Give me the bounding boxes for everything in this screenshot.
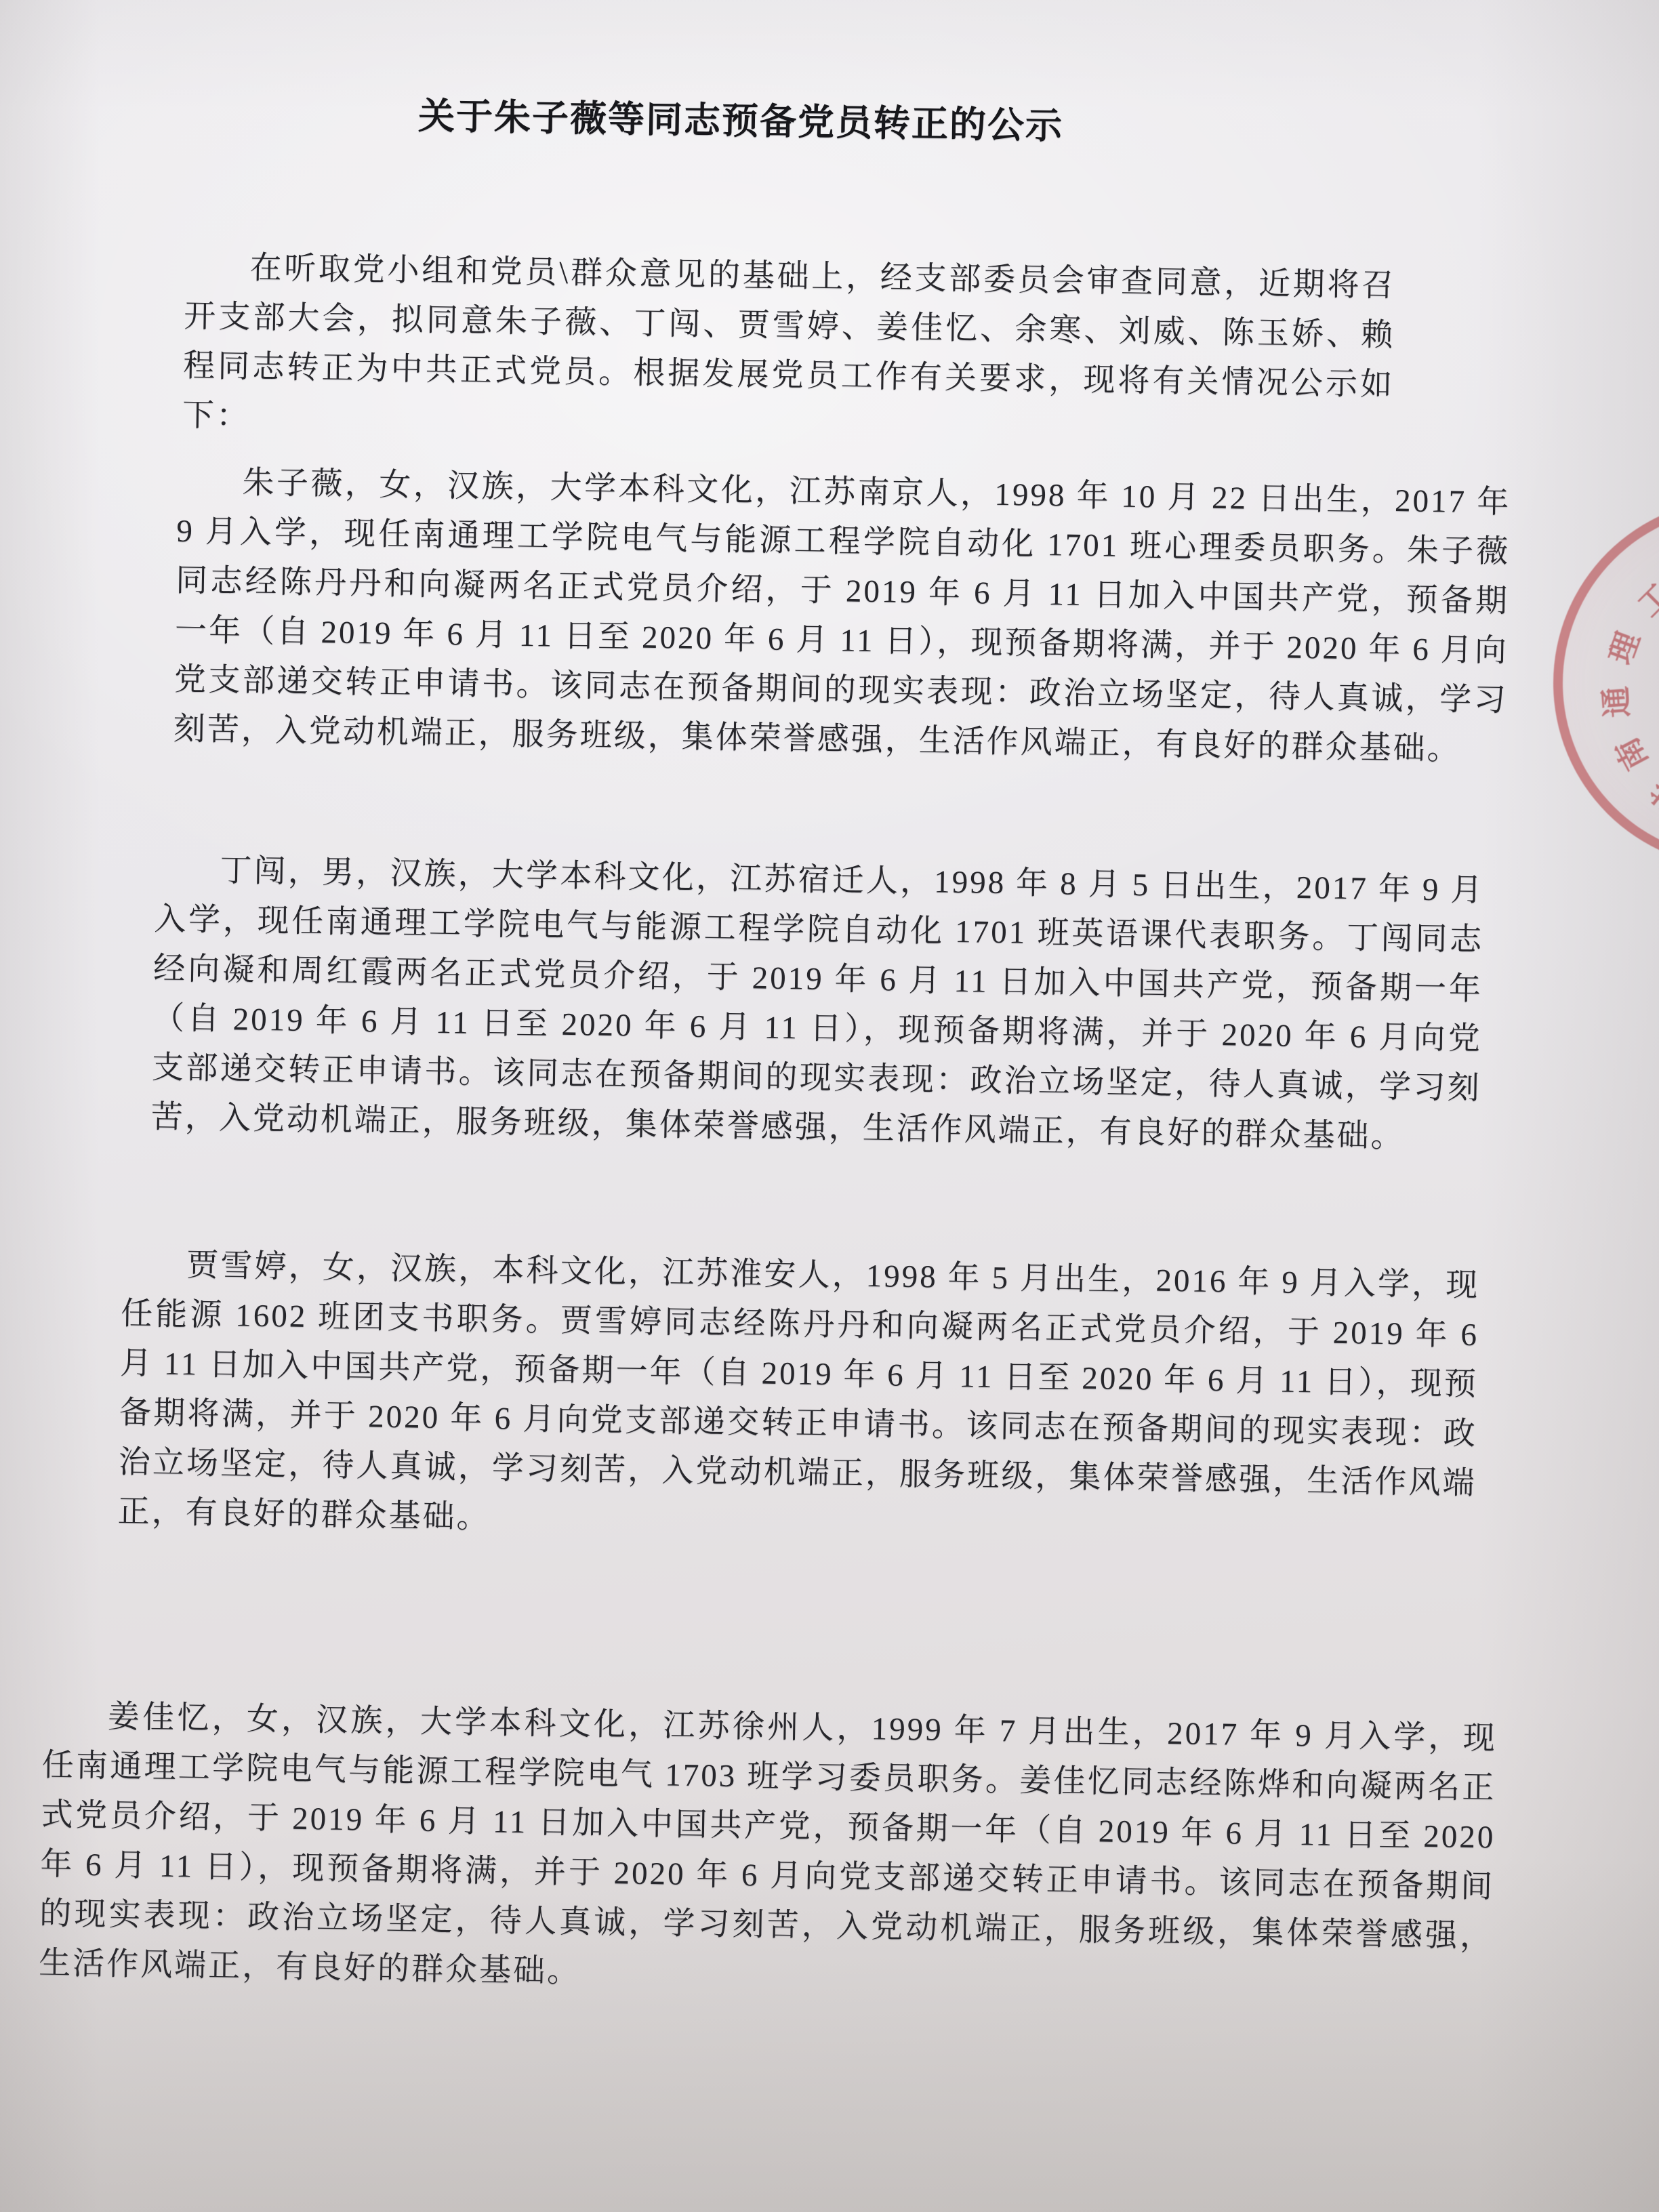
paragraph-member-jiaxueting: 贾雪婷，女，汉族，本科文化，江苏淮安人，1998 年 5 月出生，2016 年 … — [117, 1240, 1480, 1558]
seal-character: 共 — [1639, 770, 1659, 824]
document-photo: 关于朱子薇等同志预备党员转正的公示 在听取党小组和党员\群众意见的基础上，经支部… — [0, 0, 1659, 2212]
paragraph-member-zhuziwei: 朱子薇，女，汉族，大学本科文化，江苏南京人，1998 年 10 月 22 日出生… — [173, 457, 1511, 775]
seal-character: 通 — [1591, 685, 1637, 719]
document-page: 关于朱子薇等同志预备党员转正的公示 在听取党小组和党员\群众意见的基础上，经支部… — [0, 0, 1659, 2013]
paragraph-member-dingchuang: 丁闯，男，汉族，大学本科文化，江苏宿迁人，1998 年 8 月 5 日出生，20… — [150, 845, 1485, 1163]
seal-character: 理 — [1596, 625, 1649, 670]
seal-character: 南 — [1603, 731, 1657, 779]
paragraph-member-jiangjiayi: 姜佳忆，女，汉族，大学本科文化，江苏徐州人，1999 年 7 月出生，2017 … — [39, 1692, 1498, 2011]
paragraph-intro: 在听取党小组和党员\群众意见的基础上，经支部委员会审查同意，近期将召开支部大会，… — [182, 243, 1396, 459]
document-title: 关于朱子薇等同志预备党员转正的公示 — [107, 82, 1375, 154]
document-title-text: 关于朱子薇等同志预备党员转正的公示 — [418, 96, 1064, 146]
seal-character: 工 — [1626, 571, 1659, 625]
